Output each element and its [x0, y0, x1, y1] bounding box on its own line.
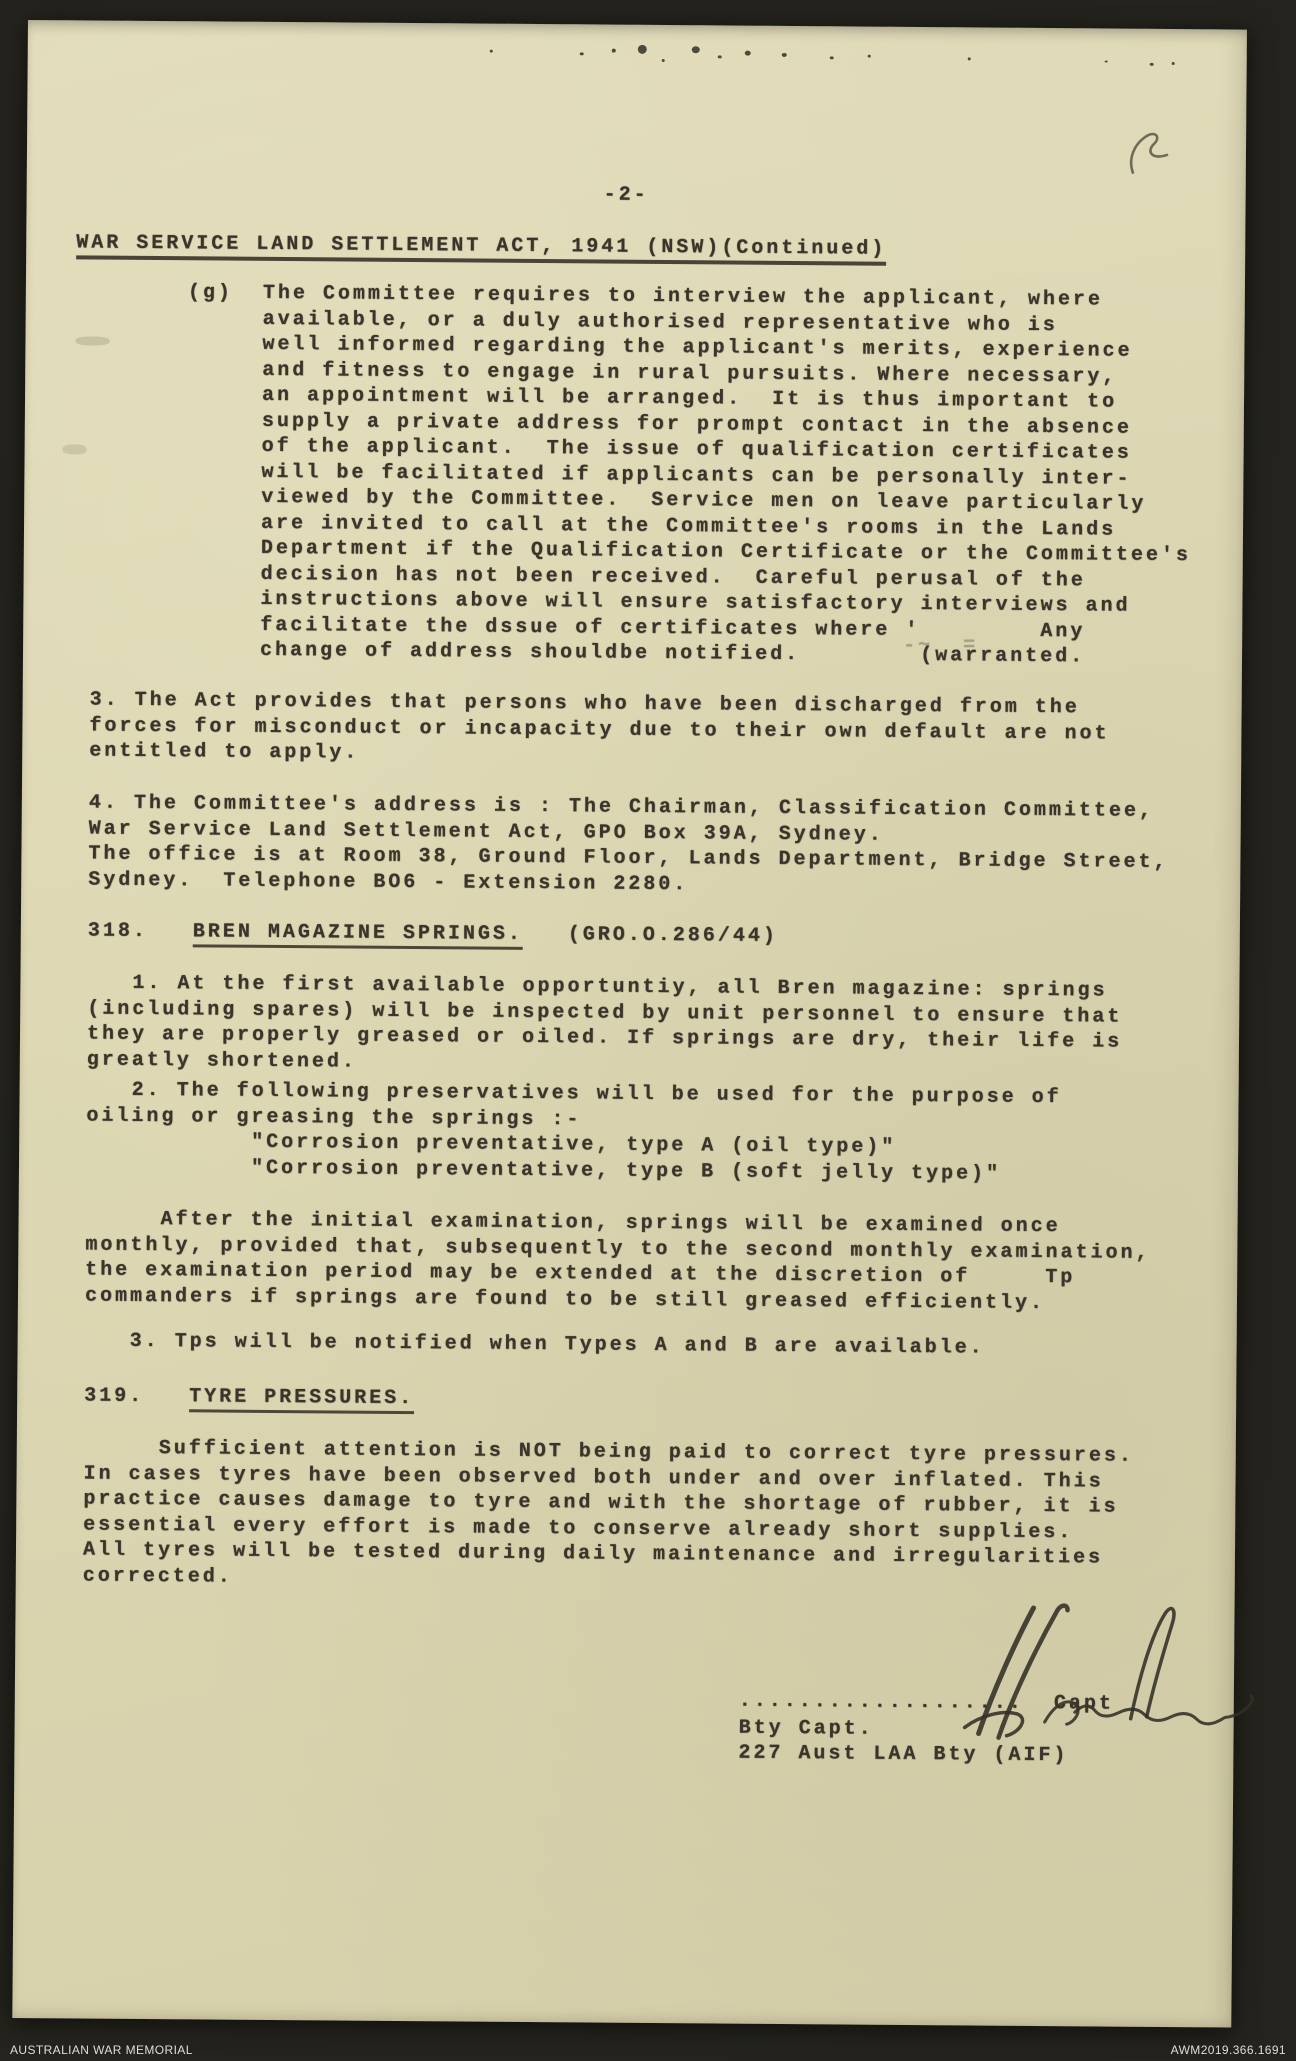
- ink-smudge: [580, 52, 584, 55]
- section-319-title-text: TYRE PRESSURES.: [189, 1385, 414, 1414]
- section-319-number: 319.: [84, 1383, 144, 1409]
- paragraph-3: 3. The Act provides that persons who hav…: [89, 688, 1110, 773]
- stain-mark: [63, 444, 87, 454]
- page-number: -2-: [604, 183, 649, 209]
- archive-id-label: AWM2019.366.1691: [1171, 2042, 1286, 2058]
- section-319-paragraph: Sufficient attention is NOT being paid t…: [83, 1435, 1134, 1596]
- ink-smudge: [968, 57, 971, 60]
- signature-unit: 227 Aust LAA Bty (AIF): [738, 1741, 1068, 1769]
- ink-smudge: [692, 46, 700, 53]
- stain-mark: [75, 336, 109, 345]
- paragraph-4: 4. The Committee's address is : The Chai…: [88, 791, 1169, 901]
- page-heading: WAR SERVICE LAND SETTLEMENT ACT, 1941 (N…: [76, 230, 886, 262]
- ink-smudge: [1172, 62, 1175, 65]
- scanned-document-mount: -2- WAR SERVICE LAND SETTLEMENT ACT, 194…: [0, 0, 1296, 2061]
- paragraph-g: The Committee requires to interview the …: [260, 281, 1193, 671]
- signature-handwriting: [894, 1599, 1275, 1752]
- signature-rank: Bty Capt.: [739, 1716, 874, 1743]
- paragraph-g-label: (g): [188, 280, 233, 306]
- document-page: -2- WAR SERVICE LAND SETTLEMENT ACT, 194…: [12, 20, 1247, 2028]
- ink-smudge: [612, 49, 616, 53]
- ink-smudge: [662, 59, 665, 62]
- ink-smudge: [1105, 60, 1108, 62]
- ink-smudge: [745, 51, 751, 56]
- strikeover-marks: -~ =: [903, 633, 978, 659]
- ink-smudge: [490, 50, 493, 53]
- ink-smudge: [782, 53, 787, 57]
- section-318-paragraph-2: 2. The following preservatives will be u…: [86, 1077, 1062, 1187]
- section-318-paragraph-1: 1. At the first available opportuntiy, a…: [87, 970, 1123, 1080]
- section-319-title: TYRE PRESSURES.: [189, 1384, 414, 1411]
- pencil-squiggle: [1121, 127, 1183, 181]
- section-318-title: BREN MAGAZINE SPRINGS.: [193, 919, 523, 947]
- section-318-title-text: BREN MAGAZINE SPRINGS.: [193, 920, 523, 950]
- section-318-ref: (GRO.O.286/44): [568, 922, 778, 949]
- ink-smudge: [638, 45, 647, 54]
- section-318-number: 318.: [88, 918, 148, 944]
- ink-smudge: [868, 55, 871, 58]
- ink-smudge: [830, 56, 834, 59]
- ink-smudge: [1150, 63, 1154, 66]
- signature-line: ................... Capt: [739, 1689, 1114, 1717]
- section-318-paragraph-after: After the initial examination, springs w…: [85, 1206, 1151, 1316]
- page-heading-text: WAR SERVICE LAND SETTLEMENT ACT, 1941 (N…: [76, 231, 886, 265]
- ink-smudge: [718, 55, 722, 58]
- section-318-paragraph-3: 3. Tps will be notified when Types A and…: [85, 1328, 985, 1361]
- archive-source-label: AUSTRALIAN WAR MEMORIAL: [10, 2042, 193, 2058]
